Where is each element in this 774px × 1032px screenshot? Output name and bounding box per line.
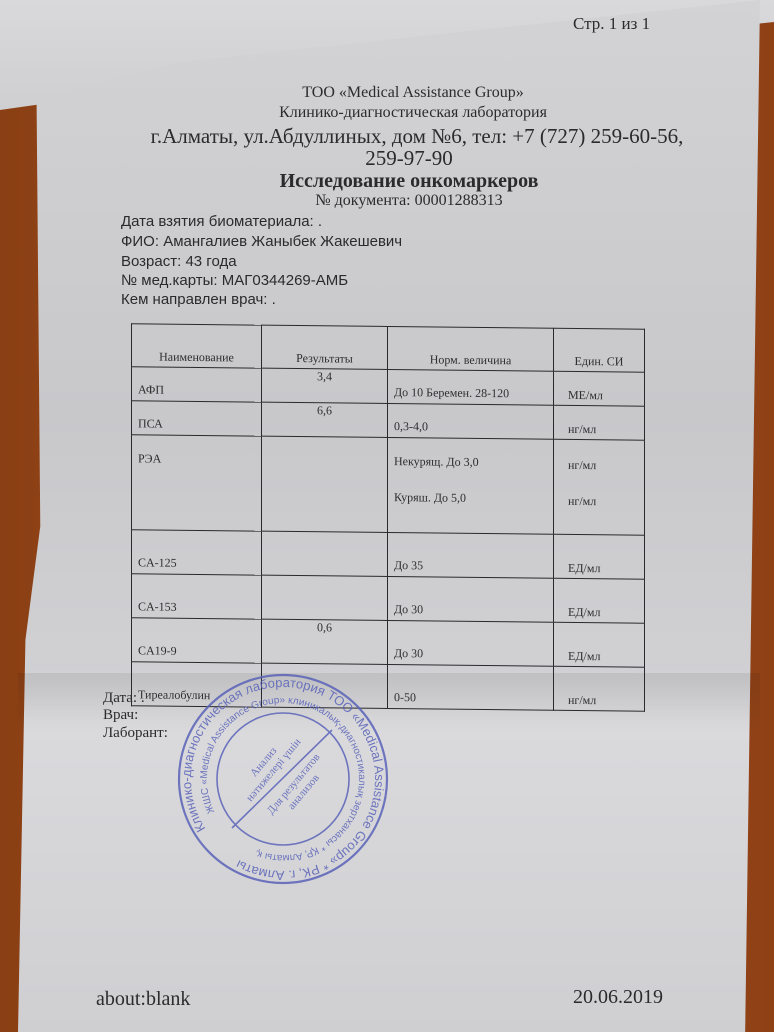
marker-result — [262, 436, 388, 532]
table-row: АФП 3,4 До 10 Беремен. 28-120 МЕ/мл — [132, 367, 645, 406]
table-row: CA-153 До 30 ЕД/мл — [132, 574, 645, 623]
marker-norm: До 35 — [388, 532, 554, 578]
marker-unit: ЕД/мл — [554, 578, 645, 623]
norm-smoker: Куряш. До 5,0 — [394, 486, 547, 510]
table-row: CA-125 До 35 ЕД/мл — [132, 530, 645, 579]
marker-norm: 0,3-4,0 — [388, 403, 554, 439]
table-row: CA19-9 0,6 До 30 ЕД/мл — [132, 618, 645, 667]
lab-seal-stamp: Клинико-диагностическая лаборатория ТОО … — [172, 668, 394, 890]
marker-norm: До 10 Беремен. 28-120 — [388, 369, 554, 405]
marker-unit: нг/мл — [554, 405, 645, 440]
marker-result: 6,6 — [262, 402, 388, 437]
marker-norm: 0-50 — [388, 664, 554, 710]
marker-result — [262, 531, 388, 576]
table-row: ПСА 6,6 0,3-4,0 нг/мл — [132, 401, 645, 440]
referring-doctor: Кем направлен врач: . — [121, 291, 276, 308]
norm-nonsmoker: Некурящ. До 3,0 — [394, 450, 547, 474]
patient-age: Возраст: 43 года — [121, 253, 237, 270]
table-row: РЭА Некурящ. До 3,0 Куряш. До 5,0 нг/мл … — [132, 435, 645, 535]
marker-name: АФП — [132, 367, 262, 402]
marker-result: 3,4 — [262, 368, 388, 403]
marker-name: CA-153 — [132, 574, 262, 619]
medical-card-number: № мед.карты: МАГ0344269-АМБ — [121, 272, 348, 289]
marker-unit: ЕД/мл — [554, 622, 645, 667]
lab-type: Клинико-диагностическая лаборатория — [0, 104, 774, 122]
marker-unit: нг/мл — [554, 666, 645, 711]
header-results: Результаты — [262, 325, 388, 369]
header-unit: Един. СИ — [554, 328, 645, 372]
header-norm: Норм. величина — [388, 326, 554, 371]
marker-result: 0,6 — [262, 619, 388, 664]
marker-unit: МЕ/мл — [554, 371, 645, 406]
table-header-row: Наименование Результаты Норм. величина Е… — [132, 324, 645, 372]
signature-date: Дата: . — [103, 690, 145, 707]
document-title: Исследование онкомаркеров — [0, 170, 774, 193]
marker-name: ПСА — [132, 401, 262, 436]
footer-print-date: 20.06.2019 — [573, 986, 663, 1009]
footer-url: about:blank — [96, 988, 190, 1011]
signature-lab-assistant: Лаборант: — [103, 725, 168, 742]
address-line-2: 259-97-90 — [0, 146, 774, 171]
signature-doctor: Врач: — [103, 707, 138, 724]
marker-norm: Некурящ. До 3,0 Куряш. До 5,0 — [388, 437, 554, 534]
organization-name: ТОО «Medical Assistance Group» — [0, 84, 774, 102]
page-indicator: Стр. 1 из 1 — [573, 14, 650, 34]
document-number: № документа: 00001288313 — [0, 192, 774, 210]
results-table: Наименование Результаты Норм. величина Е… — [131, 323, 645, 711]
marker-norm: До 30 — [388, 620, 554, 666]
marker-name: РЭА — [132, 435, 262, 531]
unit-nonsmoker: нг/мл — [568, 454, 638, 477]
marker-name: CA19-9 — [132, 618, 262, 663]
unit-smoker: нг/мл — [568, 490, 638, 513]
marker-unit: ЕД/мл — [554, 534, 645, 579]
marker-unit: нг/мл нг/мл — [554, 439, 645, 535]
patient-name: ФИО: Амангалиев Жаныбек Жакешевич — [121, 233, 402, 250]
marker-result — [262, 575, 388, 620]
marker-name: CA-125 — [132, 530, 262, 575]
header-name: Наименование — [132, 324, 262, 368]
sample-date: Дата взятия биоматериала: . — [121, 213, 322, 230]
marker-norm: До 30 — [388, 576, 554, 622]
